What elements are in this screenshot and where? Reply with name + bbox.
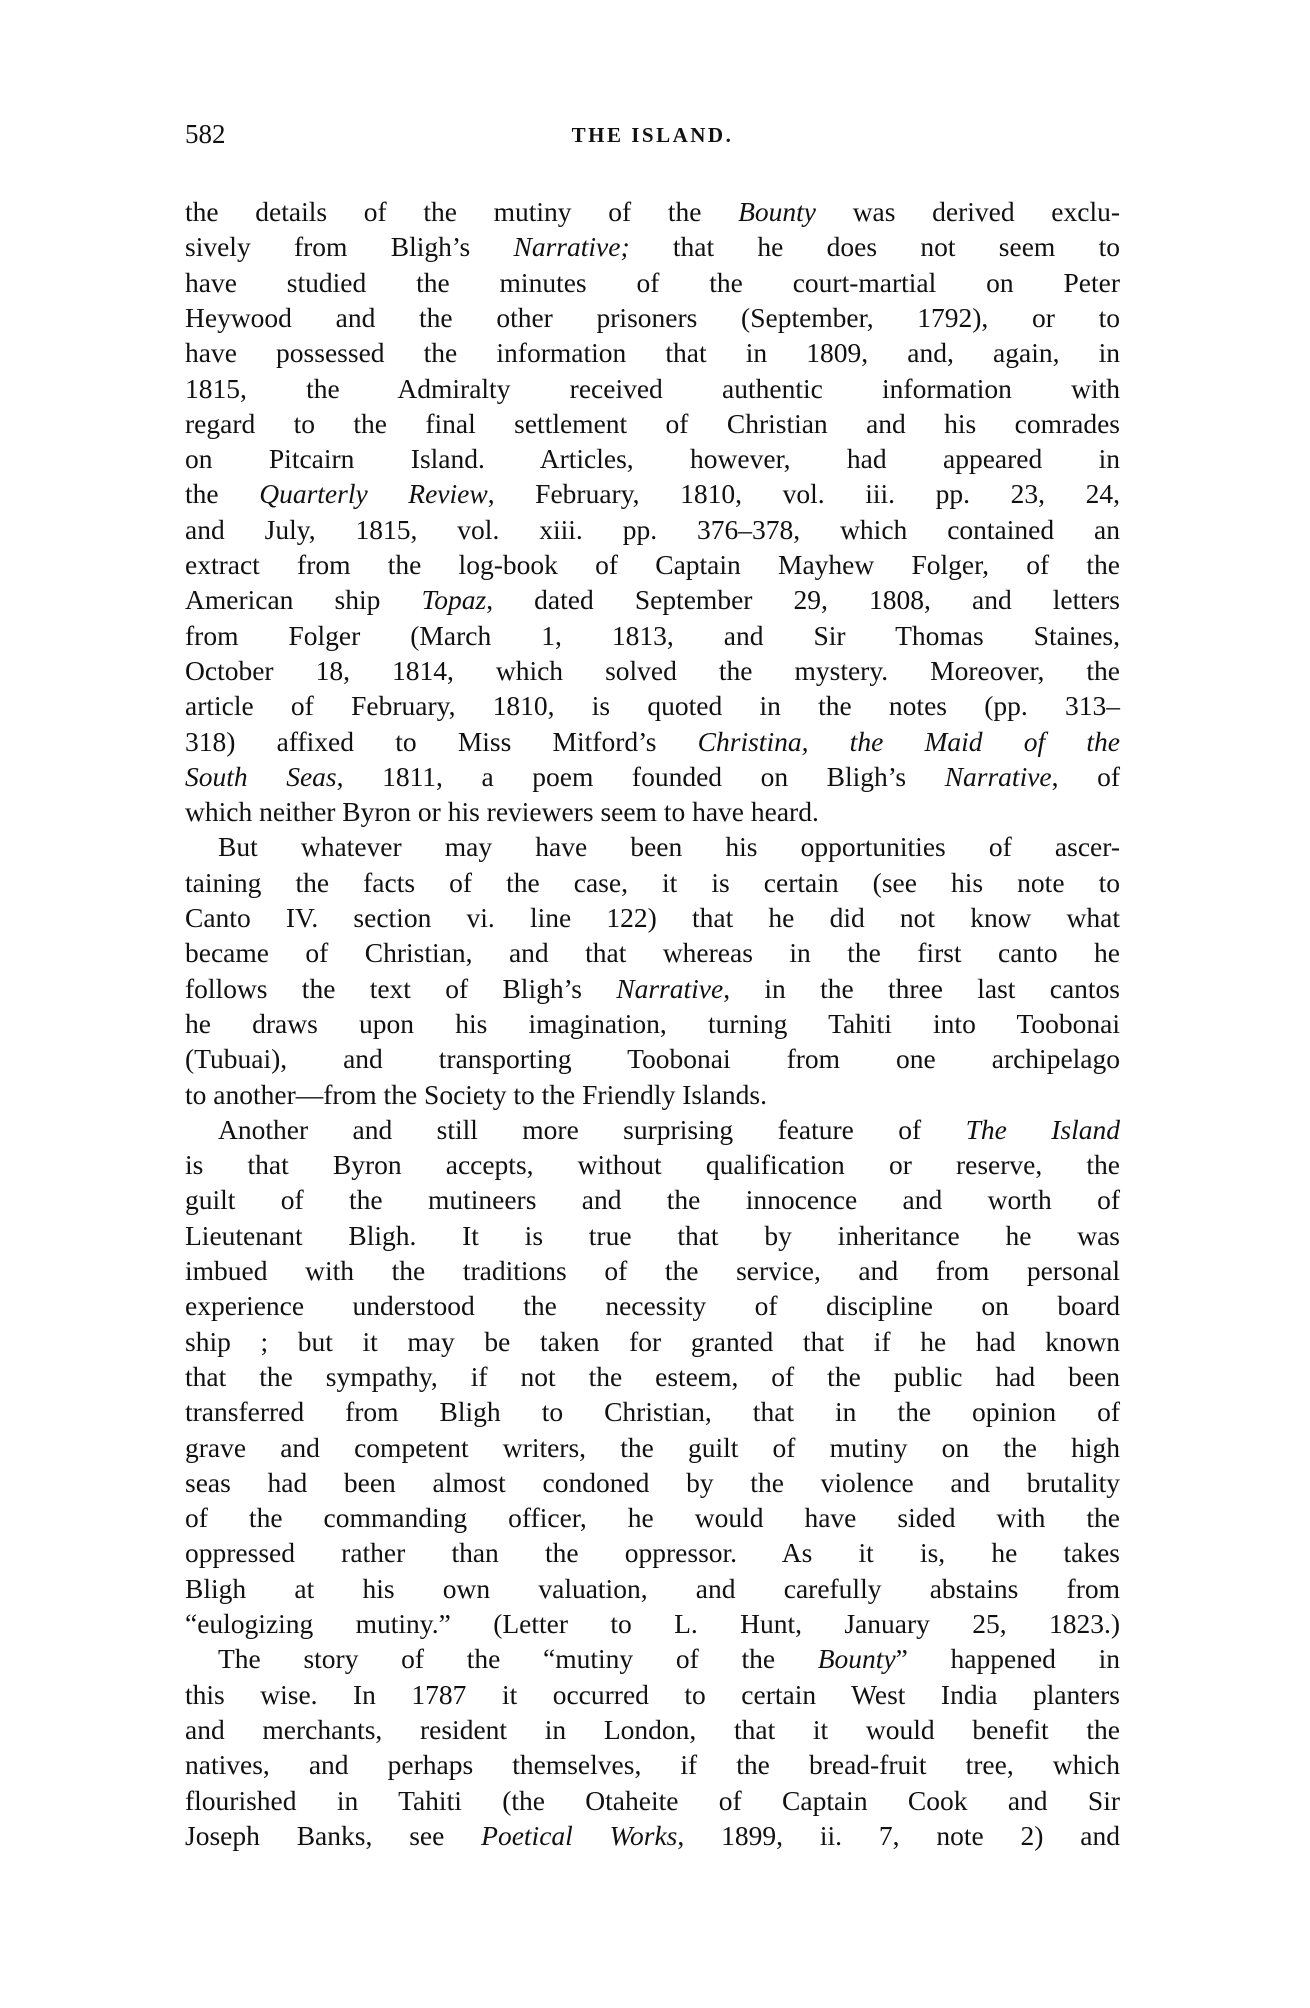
text-line: 318) affixed to Miss Mitford’s Christina… [185,724,1120,759]
running-title: THE ISLAND. [185,119,1120,151]
text-line: extract from the log-book of Captain May… [185,547,1120,582]
text-line: and merchants, resident in London, that … [185,1712,1120,1747]
text-line: became of Christian, and that whereas in… [185,935,1120,970]
text-line: transferred from Bligh to Christian, tha… [185,1394,1120,1429]
text-line: Another and still more surprising featur… [218,1112,1120,1147]
text-line: the details of the mutiny of the Bounty … [185,194,1120,229]
text-line: 1815, the Admiralty received authentic i… [185,371,1120,406]
text-line: which neither Byron or his reviewers see… [185,794,1120,829]
italic-title: South Seas [185,761,337,792]
text-line: and July, 1815, vol. xiii. pp. 376–378, … [185,512,1120,547]
text-line: from Folger (March 1, 1813, and Sir Thom… [185,618,1120,653]
text-line: article of February, 1810, is quoted in … [185,688,1120,723]
text-line: sively from Bligh’s Narrative; that he d… [185,229,1120,264]
text-line: this wise. In 1787 it occurred to certai… [185,1677,1120,1712]
text-line: Joseph Banks, see Poetical Works, 1899, … [185,1818,1120,1853]
text-line: imbued with the traditions of the servic… [185,1253,1120,1288]
text-line: grave and competent writers, the guilt o… [185,1430,1120,1465]
italic-title: Topaz [421,584,486,615]
book-page: 582 THE ISLAND. the details of the mutin… [0,0,1310,2008]
text-line: is that Byron accepts, without qualifica… [185,1147,1120,1182]
text-line: natives, and perhaps themselves, if the … [185,1747,1120,1782]
text-line: he draws upon his imagination, turning T… [185,1006,1120,1041]
text-line: guilt of the mutineers and the innocence… [185,1182,1120,1217]
text-line: Lieutenant Bligh. It is true that by inh… [185,1218,1120,1253]
text-line: Canto IV. section vi. line 122) that he … [185,900,1120,935]
text-line: have possessed the information that in 1… [185,335,1120,370]
text-line: flourished in Tahiti (the Otaheite of Ca… [185,1783,1120,1818]
text-line: Heywood and the other prisoners (Septemb… [185,300,1120,335]
italic-title: Narrative; [514,231,630,262]
italic-title: Poetical Works [481,1820,677,1851]
text-line: to another—from the Society to the Frien… [185,1077,1120,1112]
text-line: South Seas, 1811, a poem founded on Blig… [185,759,1120,794]
text-line: The story of the “mutiny of the Bounty” … [218,1641,1120,1676]
text-line: the Quarterly Review, February, 1810, vo… [185,476,1120,511]
text-line: that the sympathy, if not the esteem, of… [185,1359,1120,1394]
text-line: regard to the final settlement of Christ… [185,406,1120,441]
italic-title: The Island [966,1114,1120,1145]
text-line: of the commanding officer, he would have… [185,1500,1120,1535]
italic-title: Bounty [738,196,816,227]
italic-title: Bounty [818,1643,896,1674]
text-line: Bligh at his own valuation, and carefull… [185,1571,1120,1606]
text-line: follows the text of Bligh’s Narrative, i… [185,971,1120,1006]
text-line: (Tubuai), and transporting Toobonai from… [185,1041,1120,1076]
italic-title: Narrative [616,973,723,1004]
text-line: seas had been almost condoned by the vio… [185,1465,1120,1500]
text-line: oppressed rather than the oppressor. As … [185,1535,1120,1570]
text-line: taining the facts of the case, it is cer… [185,865,1120,900]
text-line: ship ; but it may be taken for granted t… [185,1324,1120,1359]
text-line: have studied the minutes of the court-ma… [185,265,1120,300]
text-line: “eulogizing mutiny.” (Letter to L. Hunt,… [185,1606,1120,1641]
text-line: American ship Topaz, dated September 29,… [185,582,1120,617]
text-line: experience understood the necessity of d… [185,1288,1120,1323]
text-line: October 18, 1814, which solved the myste… [185,653,1120,688]
italic-title: Narrative [945,761,1052,792]
running-head: 582 THE ISLAND. [185,118,1120,150]
text-line: on Pitcairn Island. Articles, however, h… [185,441,1120,476]
italic-title: Christina, the Maid of the [698,726,1120,757]
italic-title: Quarterly Review [259,478,487,509]
text-line: But whatever may have been his opportuni… [218,829,1120,864]
